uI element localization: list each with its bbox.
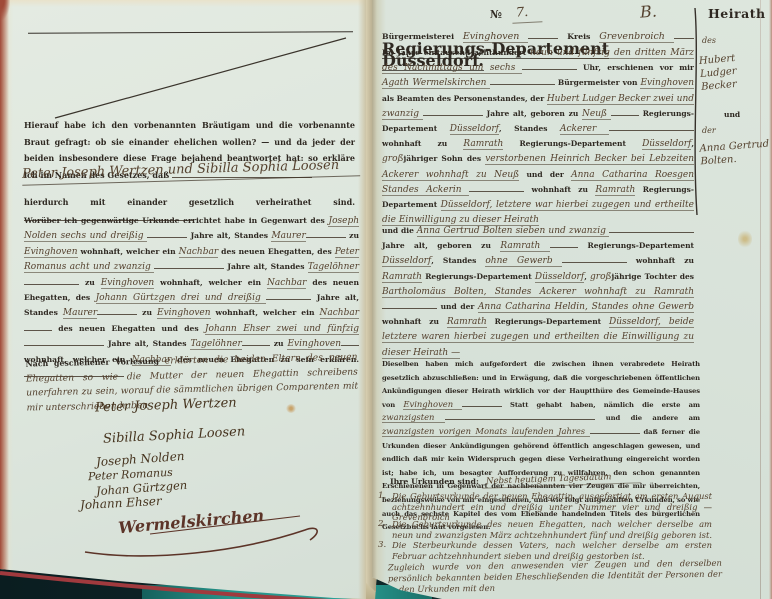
printed-text: hierdurch mit einander gesetzlich verhei… — [24, 197, 355, 207]
document-text: Die Geburtsurkunde des neuen Ehegatten, … — [392, 519, 712, 540]
printed-text: Jahre alt, geboren zu — [483, 109, 582, 118]
printed-text: und der — [519, 170, 571, 179]
handwritten-text: Grevenbroich — [599, 31, 674, 43]
document-item-2: 2. Die Geburtsurkunde des neuen Ehegatte… — [378, 519, 712, 540]
handwritten-text: Ramrath — [382, 272, 422, 283]
bride-paragraph: und die Anna Gertrud Bolten sieben und z… — [382, 222, 694, 359]
blank-line — [674, 31, 694, 39]
printed-text: wohnhaft, welcher ein — [78, 247, 179, 256]
groom-paragraph: Im Jahre eintausend achthundert neun und… — [382, 44, 694, 226]
printed-text: Jahre alt, Standes — [224, 262, 308, 271]
blank-line — [147, 230, 187, 238]
identity-paragraph: Zugleich wurde von den anwesenden vier Z… — [388, 558, 722, 595]
page-crease — [760, 0, 761, 599]
handwritten-text: groß — [382, 154, 404, 164]
handwritten-text: Anna Gertrud Bolten sieben und zwanzig — [417, 226, 609, 237]
document-number: 3. — [378, 540, 386, 551]
blank-line — [550, 240, 578, 248]
top-rule — [28, 31, 353, 33]
printed-text: Im Jahre eintausend achthundert — [382, 48, 530, 57]
blank-line — [382, 301, 437, 309]
printed-text: zu — [79, 278, 101, 287]
corner-stain — [0, 0, 10, 20]
handwritten-text: Düsseldorf — [382, 256, 431, 267]
printed-text: wohnhaft zu — [382, 317, 447, 326]
handwritten-text: Neuß — [582, 109, 611, 120]
printed-text: wohnhaft zu — [524, 185, 595, 194]
blank-line — [423, 108, 483, 116]
record-number-label: № — [490, 8, 502, 21]
handwritten-text: Nachbar — [320, 308, 360, 319]
blank-line — [242, 338, 270, 346]
printed-text: Regierungs-Departement — [487, 317, 609, 326]
blank-line — [462, 399, 502, 407]
handwritten-text: Ramrath — [463, 139, 503, 150]
printed-text: und die — [382, 226, 417, 235]
printed-text: wohnhaft, welcher ein — [211, 308, 320, 317]
blank-line — [562, 255, 627, 263]
handwritten-text: Johann Ehser zwei und fünfzig — [205, 324, 359, 335]
printed-text: , Standes — [499, 124, 560, 133]
blank-line — [590, 426, 640, 434]
blank-line — [490, 77, 555, 85]
signature-witness-4: Johann Ehser — [80, 494, 162, 512]
margin-bride-name: Anna Gertrud Bolten. — [699, 138, 771, 169]
document-number: 1. — [378, 491, 386, 502]
blank-line — [24, 338, 104, 346]
blank-line — [24, 277, 79, 285]
blank-line — [609, 225, 694, 233]
documents-label: Ihre Urkunden sind: — [390, 477, 479, 486]
handwritten-text: Anna Catharina Heldin, Standes ohne Gewe… — [478, 302, 694, 313]
printed-text: Bürgermeister von — [555, 78, 641, 87]
printed-text: wohnhaft, welcher ein — [154, 278, 267, 287]
printed-text: Jahre alt, geboren zu — [382, 241, 500, 250]
record-number-value: 7. — [512, 4, 543, 24]
handwritten-text: Bartholomäus Bolten, Standes Ackerer woh… — [382, 287, 694, 298]
document-number: 2. — [378, 519, 386, 530]
printed-text: Jahre alt, Standes — [187, 231, 271, 240]
blank-line — [522, 62, 577, 70]
printed-text: Nach geschehener Vorlesung — [26, 357, 165, 369]
official-signature: Wermelskirchen — [117, 506, 264, 538]
handwritten-text: Tagelöhner — [308, 262, 359, 273]
handwritten-text: zwanzigsten — [382, 412, 445, 423]
blank-line — [469, 184, 524, 192]
blank-line — [154, 261, 224, 269]
handwritten-text: Maurer — [271, 231, 305, 242]
blank-line — [528, 31, 558, 39]
handwritten-text: ohne Gewerb — [485, 256, 562, 267]
printed-text: Jahre alt, Standes — [104, 339, 190, 348]
handwritten-text: Johann Gürtzgen drei und dreißig — [96, 293, 267, 304]
blank-line — [97, 307, 137, 315]
printed-text: zu — [137, 308, 157, 317]
left-page: Hierauf habe ich den vorbenannten Bräuti… — [0, 0, 366, 599]
printed-text: Regierungs-Departement — [422, 272, 535, 281]
printed-text: zu — [270, 339, 288, 348]
handwritten-text: Ramrath — [500, 241, 550, 252]
handwritten-text: Evinghoven — [157, 308, 211, 319]
handwritten-text: Düsseldorf — [450, 124, 499, 135]
record-type-header: Heirath — [708, 6, 766, 21]
signature-bride: Sibilla Sophia Loosen — [103, 424, 246, 446]
printed-text: Regierungs-Departement — [578, 241, 694, 250]
printed-text: Statt gehabt haben, nämlich die erste am — [502, 401, 700, 409]
handwritten-text: Evinghoven — [101, 278, 155, 289]
handwritten-text: Düsseldorf — [642, 139, 691, 150]
register-book-scan: Hierauf habe ich den vorbenannten Bräuti… — [0, 0, 772, 599]
printed-text: und der — [437, 302, 478, 311]
printed-text: als Beamten des Personenstandes, der — [382, 94, 547, 103]
blank-line — [341, 338, 359, 346]
foxing-spot — [738, 230, 752, 248]
handwritten-text: groß — [590, 272, 612, 282]
printed-text: Regierungs-Departement — [503, 139, 642, 148]
printed-text: , — [691, 139, 694, 148]
margin-und: und — [724, 110, 740, 119]
blank-line — [24, 323, 52, 331]
margin-des: des — [702, 36, 716, 45]
blank-line — [445, 412, 595, 420]
handwritten-text: Evinghoven — [640, 78, 694, 89]
handwritten-text: Maurer — [63, 308, 97, 319]
handwritten-text: zwanzigsten vorigen Monats laufenden Jah… — [382, 426, 590, 437]
letter-b: B. — [639, 1, 657, 21]
handwritten-text: Agath Wermelskirchen — [382, 78, 490, 89]
printed-text: wohnhaft zu — [627, 256, 694, 265]
blank-line — [611, 108, 639, 116]
handwritten-text: Düsseldorf — [535, 272, 584, 283]
printed-text: zu — [346, 231, 359, 240]
handwritten-text: Tagelöhner — [190, 339, 241, 350]
handwritten-text: Ackerer — [560, 124, 609, 135]
document-item-1: 1. Die Geburtsurkunde der neuen Ehegatti… — [378, 491, 712, 523]
handwritten-text: Evinghoven — [24, 247, 78, 258]
blank-line — [266, 292, 311, 300]
handwritten-text: Ramrath — [595, 185, 635, 196]
blank-line — [609, 123, 694, 131]
printed-text: wohnhaft zu — [382, 139, 463, 148]
handwritten-text: Evinghoven — [403, 399, 461, 410]
handwritten-text: Ramrath — [447, 317, 487, 328]
printed-text: des neuen Ehegatten und des — [52, 324, 205, 333]
printed-text: Worüber ich gegenwärtige Urkunde erricht… — [24, 216, 328, 225]
margin-groom-name: Hubert Ludger Becker — [698, 49, 769, 94]
handwritten-text: Nachbar — [179, 247, 219, 258]
blank-line — [306, 230, 346, 238]
printed-text: des neuen Ehegatten, des — [218, 247, 335, 256]
handwritten-text: Nachbar — [267, 278, 307, 289]
right-page: № 7. B. Bürgermeisterei Evinghoven Kreis… — [372, 0, 772, 599]
printed-text: und die andere am — [595, 414, 700, 422]
printed-text: jähriger Sohn des — [404, 154, 486, 163]
margin-der: der — [702, 126, 716, 135]
printed-text: jährige Tochter des — [612, 272, 694, 281]
printed-text: Uhr, erschienen vor mir — [577, 63, 694, 72]
printed-text: , Standes — [431, 256, 485, 265]
document-text: Die Geburtsurkunde der neuen Ehegattin, … — [392, 491, 712, 523]
